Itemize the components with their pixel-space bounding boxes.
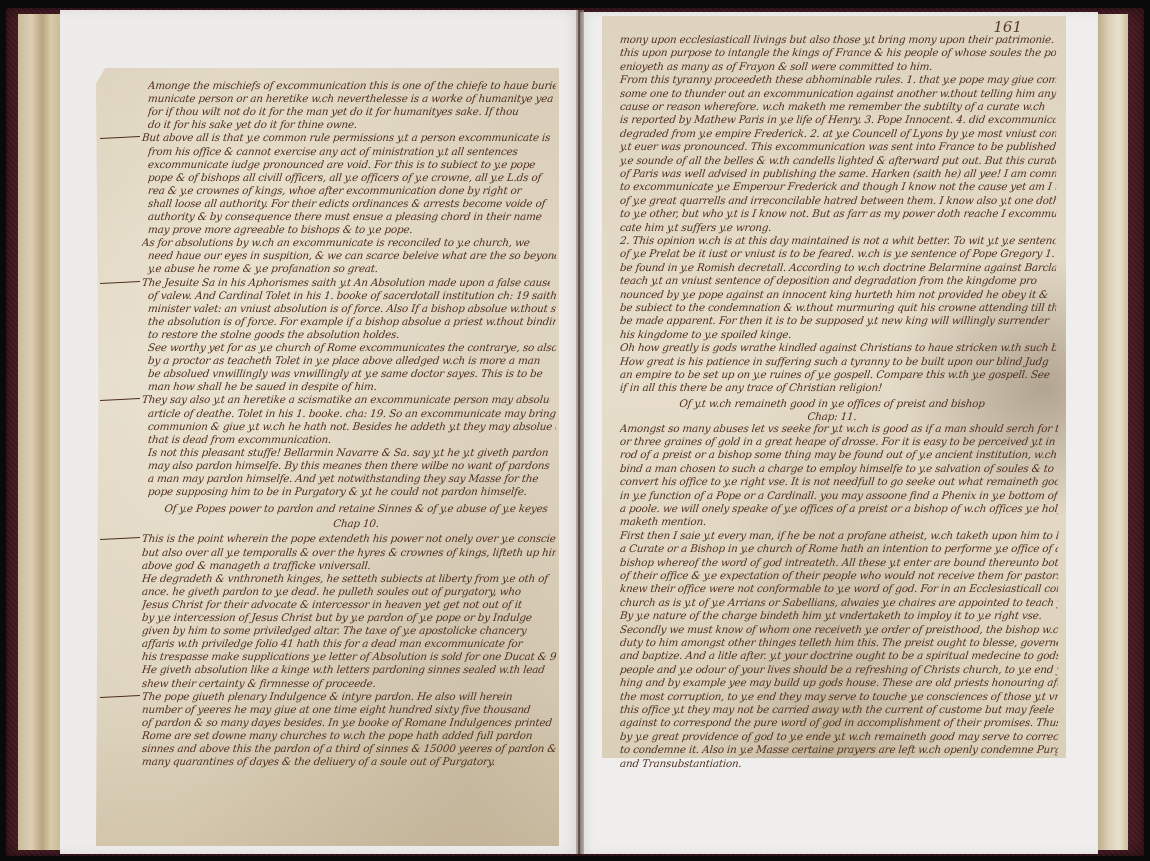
- manuscript-line: sinnes and above this the pardon of a th…: [141, 743, 556, 755]
- manuscript-line: his kingdome to y.e spoiled kinge.: [619, 329, 1056, 341]
- manuscript-line: hing and by example yee may build up god…: [619, 677, 1058, 689]
- section-heading: Of y.t w.ch remaineth good in y.e office…: [641, 398, 1022, 410]
- margin-pointer-mark: [100, 695, 140, 698]
- right-page-edges: [1098, 14, 1128, 850]
- manuscript-line: This is the point wherein the pope exten…: [141, 533, 556, 545]
- manuscript-line: if in all this there be any trace of Chr…: [619, 382, 1056, 394]
- manuscript-line: man how shall he be saued in despite of …: [147, 381, 556, 393]
- manuscript-line: mony upon ecclesiasticall livings but al…: [619, 34, 1056, 46]
- manuscript-line: y.e abuse he rome & y.e profanation so g…: [147, 263, 556, 275]
- manuscript-line: They say also y.t an heretike a scismati…: [141, 394, 550, 406]
- manuscript-line: of y.e great quarrells and irreconcilabl…: [619, 195, 1056, 207]
- manuscript-line: cate him y.t suffers y.e wrong.: [619, 222, 1056, 234]
- manuscript-line: Amonge the mischiefs of excommunication …: [147, 80, 556, 92]
- manuscript-line: authority & by consequence there must en…: [147, 211, 556, 223]
- manuscript-line: bishop whereof the word of god intreatet…: [619, 557, 1058, 569]
- manuscript-line: He degradeth & vnthroneth kinges, he set…: [141, 573, 556, 585]
- manuscript-line: be made apparent. For then it is to be s…: [619, 315, 1056, 327]
- manuscript-line: minister valet: an vniust absolution is …: [147, 303, 556, 315]
- margin-pointer-mark: [100, 280, 140, 283]
- manuscript-line: How great is his patience in suffering s…: [619, 356, 1056, 368]
- manuscript-line: to excommunicate y.e Emperour Frederick …: [619, 181, 1056, 193]
- manuscript-line: communion & giue y.t w.ch he hath not. B…: [147, 421, 556, 433]
- manuscript-line: Amongst so many abuses let vs seeke for …: [619, 423, 1058, 435]
- manuscript-line: a man may pardon himselfe. And yet notwi…: [147, 473, 556, 485]
- manuscript-line: maketh mention.: [619, 516, 1058, 528]
- manuscript-line: a Curate or a Bishop in y.e church of Ro…: [619, 543, 1058, 555]
- manuscript-line: this upon purpose to intangle the kings …: [619, 47, 1056, 59]
- manuscript-line: may also pardon himselfe. By this meanes…: [147, 460, 556, 472]
- manuscript-line: pope supposing him to be in Purgatory & …: [147, 486, 556, 498]
- manuscript-line: of pardon & so many dayes besides. In y.…: [141, 717, 556, 729]
- manuscript-line: his trespasse make supplications y.e let…: [141, 651, 556, 663]
- manuscript-line: As for absolutions by w.ch an excommunic…: [141, 237, 550, 249]
- manuscript-line: an empire to be set up on y.e ruines of …: [619, 369, 1056, 381]
- manuscript-line: First then I saie y.t every man, if he b…: [619, 530, 1058, 542]
- manuscript-line: by a proctor as teacheth Tolet in y.e pl…: [147, 355, 556, 367]
- margin-pointer-mark: [100, 537, 140, 540]
- manuscript-line: above god & manageth a trafficke vnivers…: [141, 560, 556, 572]
- manuscript-line: The pope giueth plenary Indulgence & int…: [141, 691, 556, 703]
- manuscript-line: y.t euer was pronounced. This excommunic…: [619, 141, 1056, 153]
- manuscript-line: article of deathe. Tolet in his 1. booke…: [147, 408, 556, 420]
- manuscript-line: pope & of bishops all civill officers, a…: [147, 172, 556, 184]
- manuscript-line: need haue our eyes in suspition, & we ca…: [147, 250, 556, 262]
- manuscript-line: of y.e Prelat be it iust or vniust is to…: [619, 248, 1056, 260]
- manuscript-line: ance. he giveth pardon to y.e dead. he p…: [141, 586, 556, 598]
- manuscript-line: He giveth absolution like a kinge w.th l…: [141, 664, 556, 676]
- manuscript-line: to y.e other, but who y.t is I know not.…: [619, 208, 1056, 220]
- chapter-heading: Chap: 11.: [641, 411, 1022, 423]
- manuscript-line: The Jesuite Sa in his Aphorismes saith y…: [141, 277, 550, 289]
- chapter-heading: Chap 10.: [155, 518, 556, 530]
- manuscript-line: this office y.t they may not be carried …: [619, 704, 1058, 716]
- manuscript-line: from his office & cannot exercise any ac…: [147, 146, 556, 158]
- manuscript-line: But above all is that y.e common rule pe…: [141, 132, 550, 144]
- manuscript-line: shall loose all authority. For their edi…: [147, 198, 556, 210]
- manuscript-line: affaris w.th priviledge folio 41 hath th…: [141, 638, 556, 650]
- manuscript-line: or three graines of gold in a great heap…: [619, 436, 1058, 448]
- manuscript-line: teach y.t an vniust sentence of depositi…: [619, 275, 1056, 287]
- manuscript-line: some one to thunder out an excommunicati…: [619, 88, 1056, 100]
- manuscript-line: that is dead from excommunication.: [147, 434, 556, 446]
- left-manuscript-leaf: Amonge the mischiefs of excommunication …: [96, 68, 559, 846]
- manuscript-line: shew their certainty & firmnesse of proc…: [141, 678, 556, 690]
- manuscript-line: by y.e intercession of Jesus Christ but …: [141, 612, 556, 624]
- manuscript-line: From this tyranny proceedeth these abhom…: [619, 74, 1056, 86]
- manuscript-line: Is not this pleasant stuffe! Bellarmin N…: [147, 447, 556, 459]
- manuscript-line: duty to him amongst other thinges tellet…: [619, 637, 1058, 649]
- manuscript-line: may prove more agreeable to bishops & to…: [147, 224, 556, 236]
- manuscript-line: people and y.e odour of your lives shoul…: [619, 664, 1058, 676]
- manuscript-line: y.e sounde of all the belles & w.th cand…: [619, 155, 1056, 167]
- manuscript-line: 2. This opinion w.ch is at this day main…: [619, 235, 1056, 247]
- manuscript-line: Oh how greatly is gods wrathe kindled ag…: [619, 342, 1056, 354]
- manuscript-line: convert his office to y.e right vse. It …: [619, 476, 1058, 488]
- manuscript-line: and Transubstantiation.: [619, 758, 1058, 770]
- manuscript-line: Secondly we must know of whom one receiv…: [619, 624, 1058, 636]
- manuscript-line: given by him to some priviledged altar. …: [141, 625, 556, 637]
- manuscript-line: By y.e nature of the charge bindeth him …: [619, 610, 1058, 622]
- manuscript-line: cause or reason wherefore. w.ch maketh m…: [619, 101, 1056, 113]
- manuscript-line: a poole. we will onely speake of y.e off…: [619, 503, 1058, 515]
- manuscript-line: many quarantines of dayes & the deliuery…: [141, 756, 556, 768]
- right-manuscript-leaf: 161 mony upon ecclesiasticall livings bu…: [602, 16, 1066, 758]
- manuscript-line: nounced by y.e pope against an innocent …: [619, 289, 1056, 301]
- manuscript-line: municate person or an heretike w.ch neve…: [147, 93, 556, 105]
- manuscript-line: in y.e function of a Pope or a Cardinall…: [619, 490, 1058, 502]
- manuscript-line: be subiect to the condemnation & w.thout…: [619, 302, 1056, 314]
- manuscript-line: of their office & y.e expectation of the…: [619, 570, 1058, 582]
- manuscript-line: Rome are set downe many churches to w.ch…: [141, 730, 556, 742]
- manuscript-line: the most corruption, to y.e end they may…: [619, 691, 1058, 703]
- manuscript-line: be found in y.e Romish decretall. Accord…: [619, 262, 1056, 274]
- manuscript-line: the absolution is of force. For example …: [147, 316, 556, 328]
- manuscript-line: for if thou wilt not do it for the man y…: [147, 106, 556, 118]
- manuscript-line: See worthy yet for as y.e church of Rome…: [147, 342, 556, 354]
- manuscript-line: against to correspond the pure word of g…: [619, 717, 1058, 729]
- manuscript-line: degraded from y.e empire Frederick. 2. a…: [619, 128, 1056, 140]
- manuscript-line: to condemne it. Also in y.e Masse certai…: [619, 744, 1058, 756]
- manuscript-line: is reported by Mathew Paris in y.e life …: [619, 114, 1056, 126]
- manuscript-line: rod of a preist or a bishop some thing m…: [619, 449, 1058, 461]
- manuscript-line: to restore the stolne goods the absoluti…: [147, 329, 556, 341]
- manuscript-line: of Paris was well advised in publishing …: [619, 168, 1056, 180]
- manuscript-line: number of yeeres he may giue at one time…: [141, 704, 556, 716]
- manuscript-line: Jesus Christ for their advocate & interc…: [141, 599, 556, 611]
- section-heading: Of y.e Popes power to pardon and retaine…: [155, 503, 556, 515]
- manuscript-line: excommunicate iudge pronounced are void.…: [147, 159, 556, 171]
- left-page-edges: [18, 14, 63, 850]
- manuscript-line: but also over all y.e temporalls & over …: [141, 547, 556, 559]
- manuscript-line: do it for his sake yet do it for thine o…: [147, 119, 556, 131]
- manuscript-line: of valew. And Cardinal Tolet in his 1. b…: [147, 290, 556, 302]
- manuscript-line: bind a man chosen to such a charge to em…: [619, 463, 1058, 475]
- manuscript-line: enioyeth as many as of Frayon & soll wer…: [619, 61, 1056, 73]
- manuscript-line: be absolued vnwillingly was vnwillingly …: [147, 368, 556, 380]
- manuscript-line: church as is y.t of y.e Arrians or Sabel…: [619, 597, 1058, 609]
- margin-pointer-mark: [100, 136, 140, 139]
- manuscript-line: and baptize. And a litle after. y.t your…: [619, 650, 1058, 662]
- manuscript-line: knew their office were not conformable t…: [619, 583, 1058, 595]
- manuscript-line: rea & y.e crownes of kings, whoe after e…: [147, 185, 556, 197]
- book-gutter: [576, 10, 584, 854]
- manuscript-line: by y.e great providence of god to y.e en…: [619, 731, 1058, 743]
- margin-pointer-mark: [100, 398, 140, 401]
